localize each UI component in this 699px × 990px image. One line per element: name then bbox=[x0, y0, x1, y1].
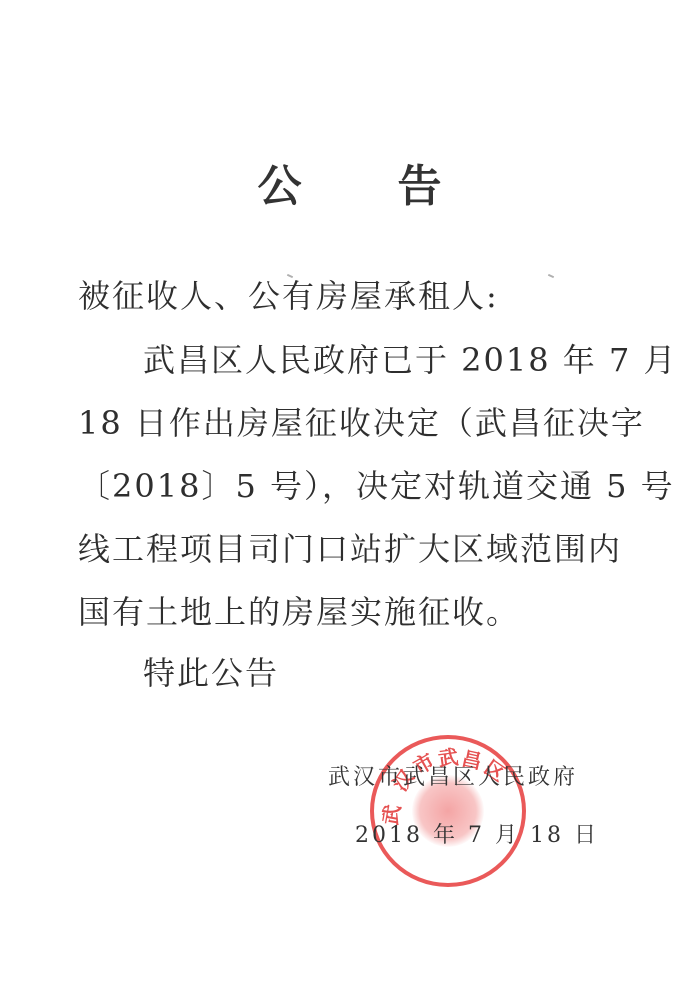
document-title: 公告 bbox=[0, 150, 699, 214]
scan-speck bbox=[548, 274, 554, 278]
body-line-2: 18 日作出房屋征收决定（武昌征决字 bbox=[78, 403, 645, 443]
body-line-5: 国有土地上的房屋实施征收。 bbox=[78, 592, 520, 632]
issue-date: 2018 年 7 月 18 日 bbox=[355, 822, 599, 850]
closing-phrase: 特此公告 bbox=[143, 653, 279, 693]
title-char-1: 公 bbox=[258, 150, 302, 214]
salutation: 被征收人、公有房屋承租人: bbox=[78, 276, 499, 316]
issuer-name: 武汉市武昌区人民政府 bbox=[328, 764, 578, 792]
body-line-4: 线工程项目司门口站扩大区域范围内 bbox=[78, 529, 622, 569]
title-char-2: 告 bbox=[398, 150, 442, 214]
body-line-3: 〔2018〕5 号），决定对轨道交通 5 号 bbox=[78, 466, 675, 506]
body-line-1: 武昌区人民政府已于 2018 年 7 月 bbox=[143, 340, 678, 380]
